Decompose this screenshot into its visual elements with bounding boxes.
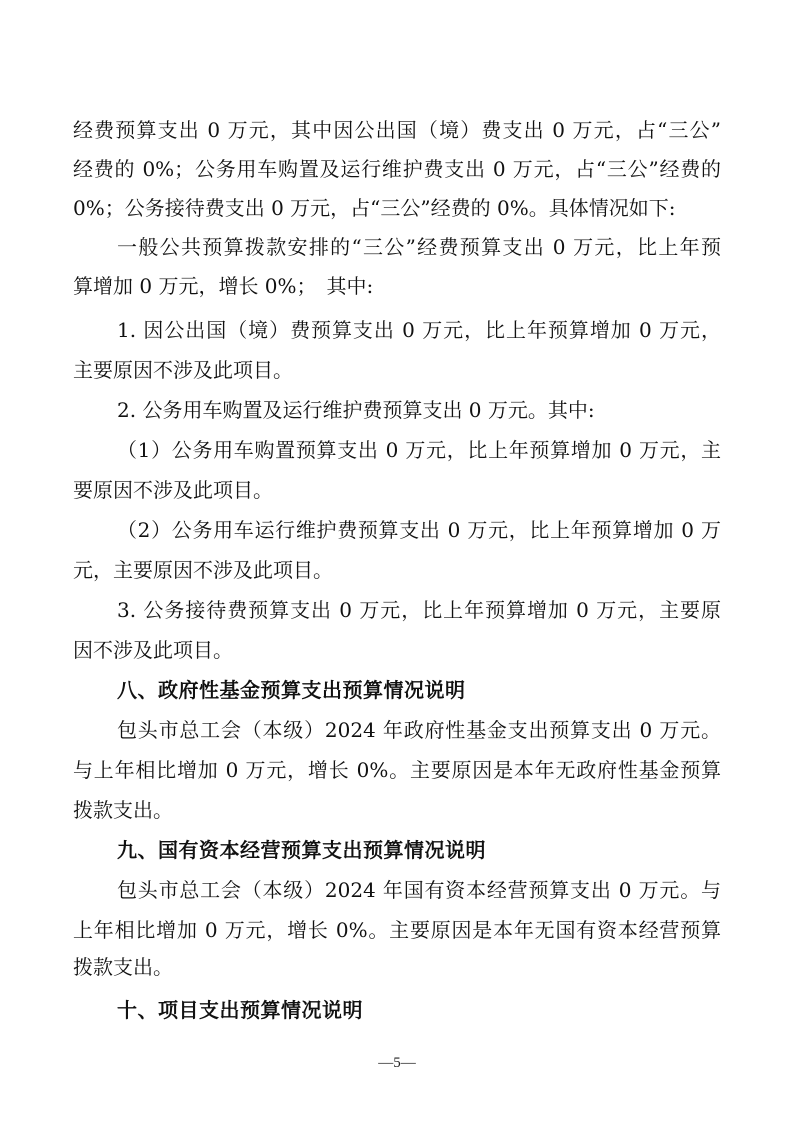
paragraph-line: 主要原因不涉及此项目。 <box>73 355 721 385</box>
paragraph-line: 与上年相比增加 0 万元，增长 0%。主要原因是本年无政府性基金预算 <box>73 755 721 785</box>
paragraph-line: 元，主要原因不涉及此项目。 <box>73 555 721 585</box>
paragraph-line: 经费预算支出 0 万元，其中因公出国（境）费支出 0 万元，占“三公” <box>73 115 721 145</box>
paragraph-line: 包头市总工会（本级）2024 年国有资本经营预算支出 0 万元。与 <box>117 875 721 905</box>
paragraph-line: 拨款支出。 <box>73 952 721 982</box>
paragraph-line: 拨款支出。 <box>73 795 721 825</box>
section-heading-10: 十、项目支出预算情况说明 <box>117 995 363 1025</box>
list-item-2: 2. 公务用车购置及运行维护费预算支出 0 万元。其中: <box>117 395 721 425</box>
list-item-1: 1. 因公出国（境）费预算支出 0 万元，比上年预算增加 0 万元， <box>117 315 721 345</box>
paragraph-line: 经费的 0%；公务用车购置及运行维护费支出 0 万元，占“三公”经费的 <box>73 154 721 184</box>
sub-item-2: （2）公务用车运行维护费预算支出 0 万元，比上年预算增加 0 万 <box>117 515 721 545</box>
paragraph-line: 一般公共预算拨款安排的“三公”经费预算支出 0 万元，比上年预 <box>117 232 721 262</box>
paragraph-line: 包头市总工会（本级）2024 年政府性基金支出预算支出 0 万元。 <box>117 715 721 745</box>
section-heading-8: 八、政府性基金预算支出预算情况说明 <box>117 675 466 705</box>
list-item-3: 3. 公务接待费预算支出 0 万元，比上年预算增加 0 万元，主要原 <box>117 595 721 625</box>
section-heading-9: 九、国有资本经营预算支出预算情况说明 <box>117 835 486 865</box>
paragraph-line: 上年相比增加 0 万元，增长 0%。主要原因是本年无国有资本经营预算 <box>73 915 721 945</box>
sub-item-1: （1）公务用车购置预算支出 0 万元，比上年预算增加 0 万元，主 <box>117 435 721 465</box>
paragraph-line: 因不涉及此项目。 <box>73 635 721 665</box>
paragraph-line: 0%；公务接待费支出 0 万元，占“三公”经费的 0%。具体情况如下: <box>73 193 721 223</box>
document-page: 经费预算支出 0 万元，其中因公出国（境）费支出 0 万元，占“三公” 经费的 … <box>0 0 794 1123</box>
page-number: —5— <box>0 1055 794 1072</box>
paragraph-line: 要原因不涉及此项目。 <box>73 475 721 505</box>
paragraph-line: 算增加 0 万元，增长 0%； 其中: <box>73 271 721 301</box>
